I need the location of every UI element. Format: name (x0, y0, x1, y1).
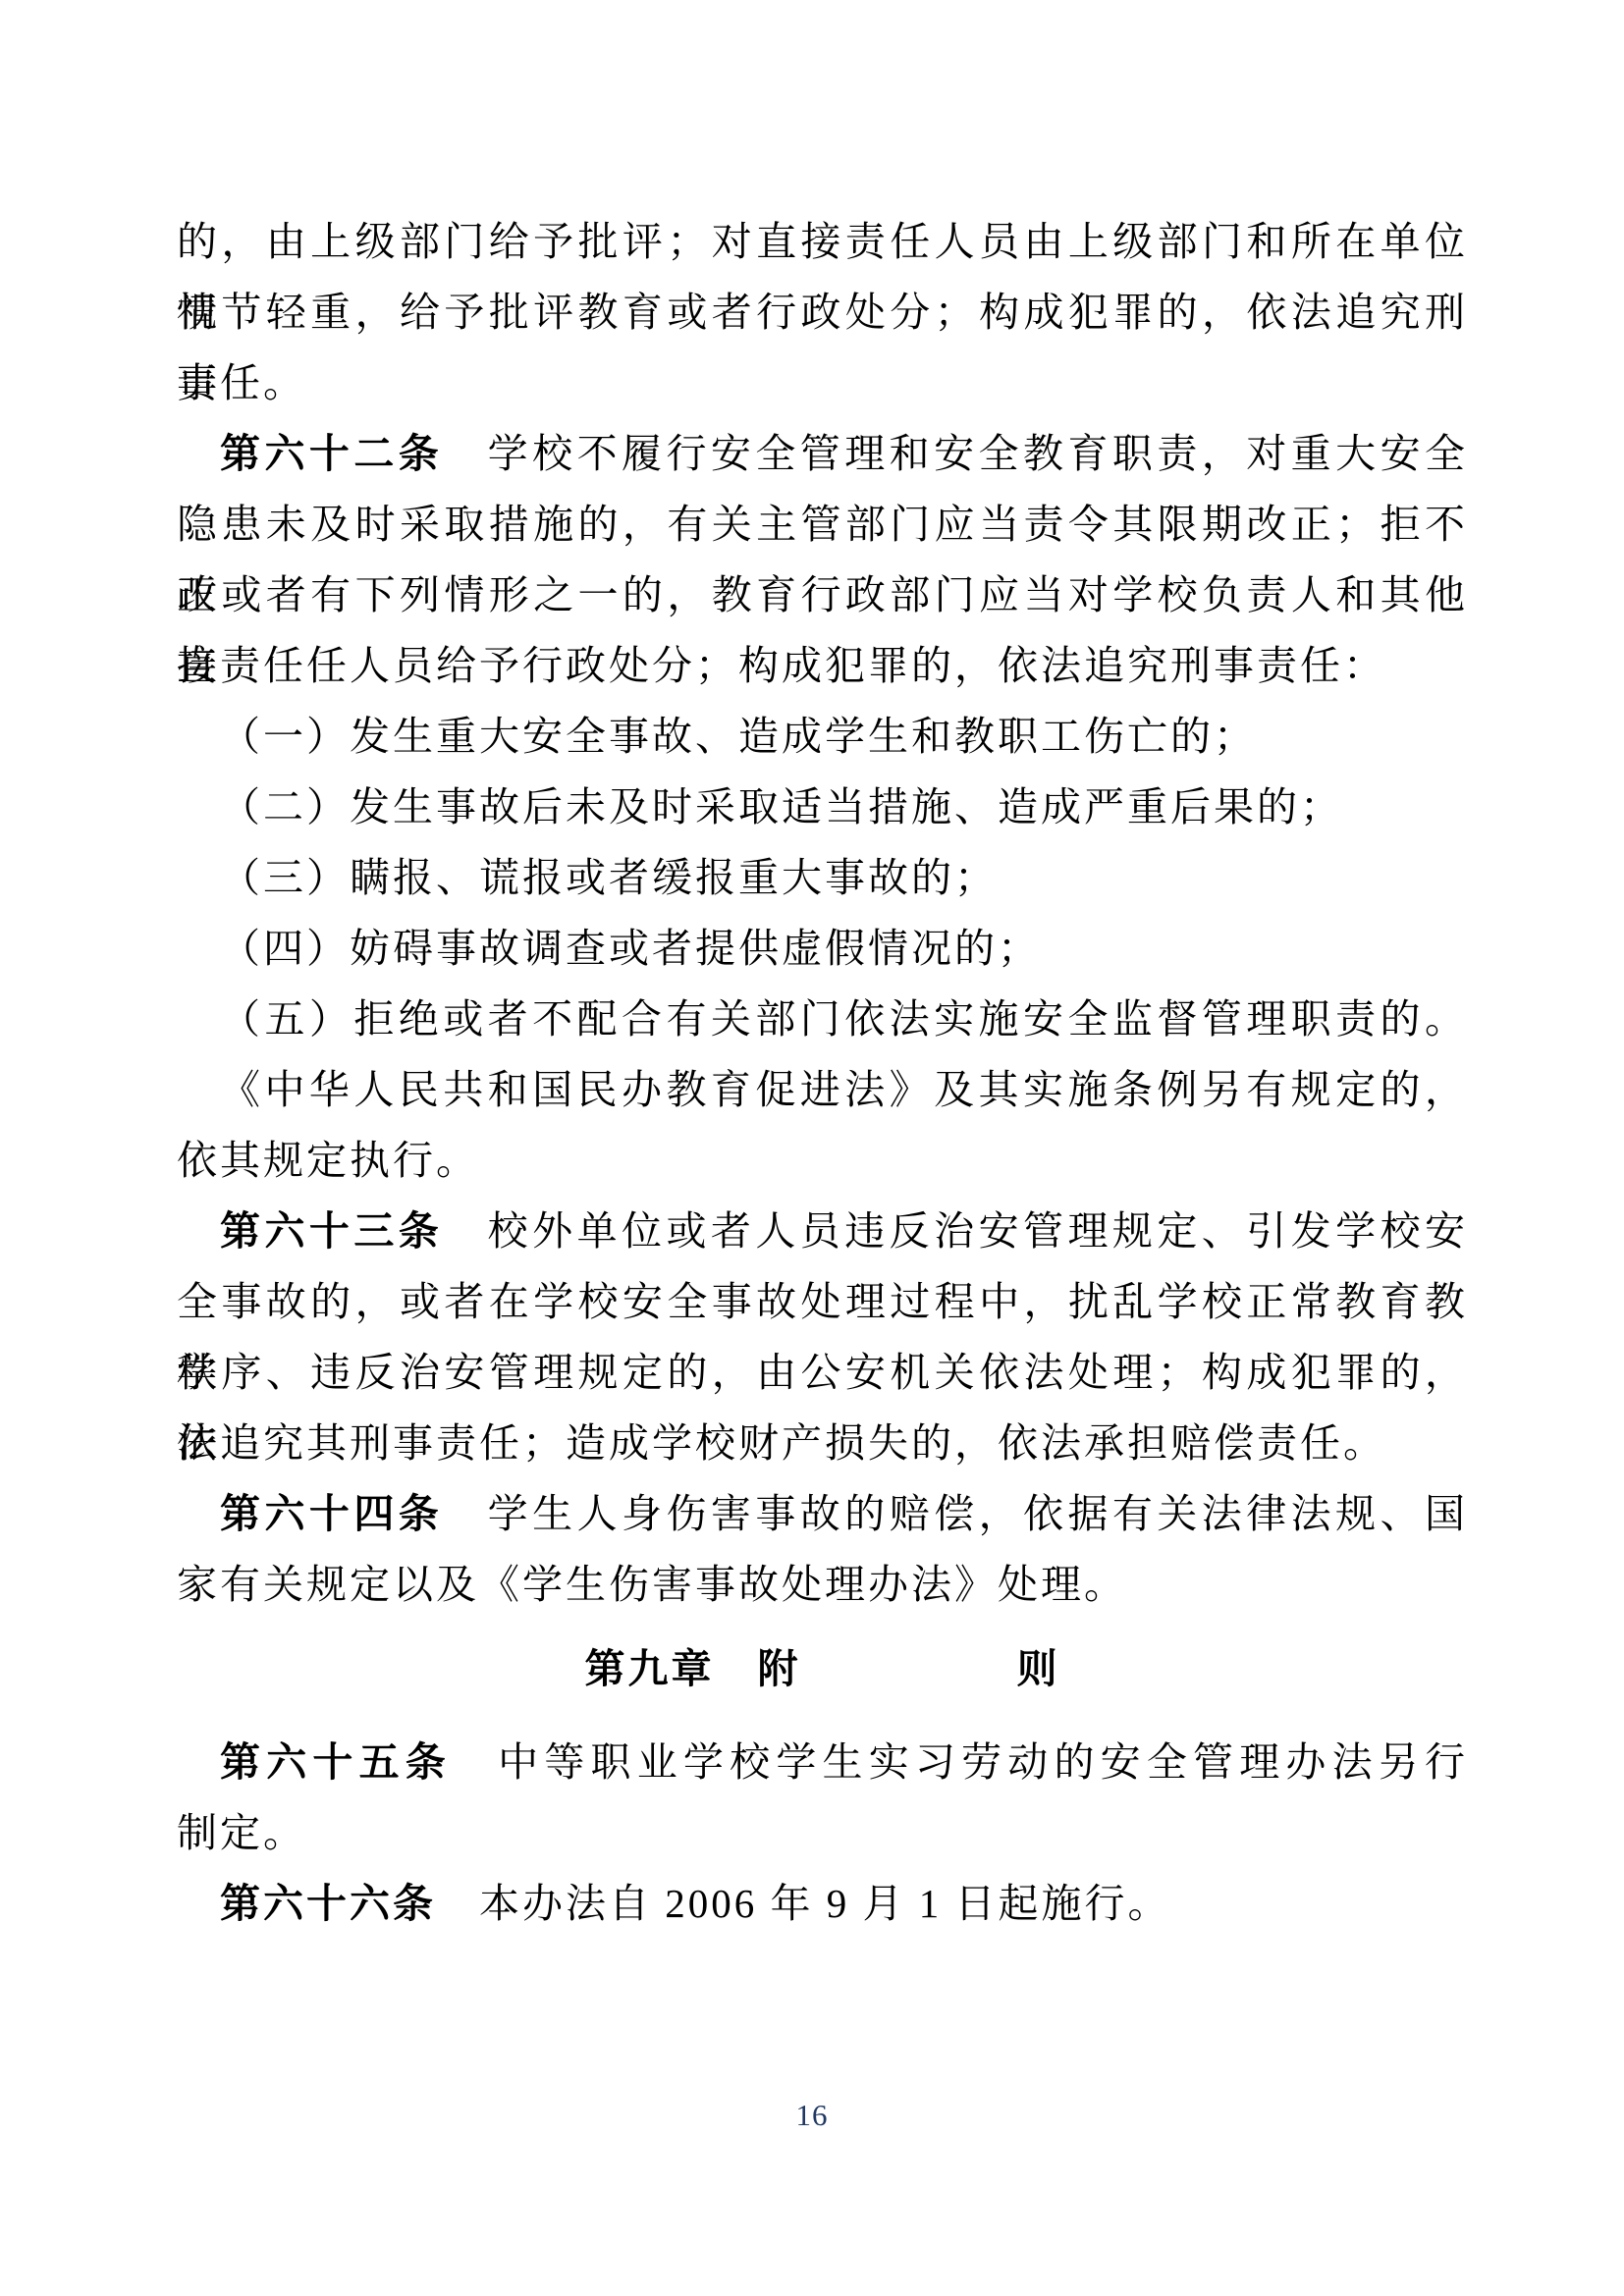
chapter-heading: 第九章 附 则 (177, 1633, 1468, 1704)
line-text: （一）发生重大安全事故、造成学生和教职工伤亡的； (220, 714, 1257, 759)
line-text: 家有关规定以及《学生伤害事故处理办法》处理。 (177, 1562, 1127, 1607)
line-text: 依其规定执行。 (177, 1138, 479, 1183)
list-item-line: （五）拒绝或者不配合有关部门依法实施安全监督管理职责的。 (177, 984, 1468, 1054)
text-line: 制定。 (177, 1797, 1468, 1868)
text-line: 正或者有下列情形之一的，教育行政部门应当对学校负责人和其他直 (177, 560, 1468, 630)
line-text: 中等职业学校学生实习劳动的安全管理办法另行 (452, 1739, 1468, 1785)
line-text: 学生人身伤害事故的赔偿，依据有关法律法规、国 (443, 1491, 1468, 1536)
text-line: 情节轻重，给予批评教育或者行政处分；构成犯罪的，依法追究刑事 (177, 277, 1468, 347)
article-number: 第六十六条 (220, 1881, 436, 1926)
text-line: 家有关规定以及《学生伤害事故处理办法》处理。 (177, 1549, 1468, 1620)
text-line: 依其规定执行。 (177, 1125, 1468, 1196)
line-text: 本办法自 2006 年 9 月 1 日起施行。 (436, 1881, 1171, 1926)
text-line: 第六十二条 学校不履行安全管理和安全教育职责，对重大安全 (177, 418, 1468, 489)
list-item-line: （二）发生事故后未及时采取适当措施、造成严重后果的； (177, 772, 1468, 842)
text-line: 第六十五条 中等职业学校学生实习劳动的安全管理办法另行 (177, 1727, 1468, 1797)
text-line: 第六十四条 学生人身伤害事故的赔偿，依据有关法律法规、国 (177, 1478, 1468, 1549)
list-item-line: （三）瞒报、谎报或者缓报重大事故的； (177, 842, 1468, 913)
text-line: 责任。 (177, 347, 1468, 418)
text-line: 秩序、违反治安管理规定的，由公安机关依法处理；构成犯罪的，依 (177, 1337, 1468, 1408)
page-number: 16 (0, 2094, 1624, 2137)
line-text: （二）发生事故后未及时采取适当措施、造成严重后果的； (220, 784, 1343, 829)
line-text: 校外单位或者人员违反治安管理规定、引发学校安 (443, 1208, 1468, 1254)
line-text: 制定。 (177, 1810, 306, 1855)
text-line: 第六十六条 本办法自 2006 年 9 月 1 日起施行。 (177, 1868, 1468, 1939)
list-item-line: （一）发生重大安全事故、造成学生和教职工伤亡的； (177, 701, 1468, 772)
line-text: （五）拒绝或者不配合有关部门依法实施安全监督管理职责的。 (220, 996, 1468, 1041)
list-item-line: （四）妨碍事故调查或者提供虚假情况的； (177, 913, 1468, 984)
text-line: 隐患未及时采取措施的，有关主管部门应当责令其限期改正；拒不改 (177, 489, 1468, 560)
text-line: 《中华人民共和国民办教育促进法》及其实施条例另有规定的， (177, 1054, 1468, 1125)
line-text: 《中华人民共和国民办教育促进法》及其实施条例另有规定的， (220, 1067, 1468, 1112)
text-block: 的，由上级部门给予批评；对直接责任人员由上级部门和所在单位视 情节轻重，给予批评… (177, 206, 1468, 1939)
article-number: 第六十二条 (220, 431, 443, 476)
article-number: 第六十四条 (220, 1491, 443, 1536)
text-line: 接责任任人员给予行政处分；构成犯罪的，依法追究刑事责任： (177, 630, 1468, 701)
line-text: 接责任任人员给予行政处分；构成犯罪的，依法追究刑事责任： (177, 643, 1386, 688)
line-text: 学校不履行安全管理和安全教育职责，对重大安全 (443, 431, 1468, 476)
line-text: 责任。 (177, 360, 306, 405)
article-number: 第六十五条 (220, 1739, 452, 1785)
text-line: 全事故的，或者在学校安全事故处理过程中，扰乱学校正常教育教学 (177, 1266, 1468, 1337)
article-number: 第六十三条 (220, 1208, 443, 1254)
line-text: （三）瞒报、谎报或者缓报重大事故的； (220, 855, 998, 900)
line-text: 法追究其刑事责任；造成学校财产损失的，依法承担赔偿责任。 (177, 1420, 1386, 1466)
line-text: （四）妨碍事故调查或者提供虚假情况的； (220, 926, 1041, 971)
document-page: 的，由上级部门给予批评；对直接责任人员由上级部门和所在单位视 情节轻重，给予批评… (0, 0, 1624, 2296)
text-line: 第六十三条 校外单位或者人员违反治安管理规定、引发学校安 (177, 1196, 1468, 1266)
text-line: 法追究其刑事责任；造成学校财产损失的，依法承担赔偿责任。 (177, 1408, 1468, 1478)
text-line: 的，由上级部门给予批评；对直接责任人员由上级部门和所在单位视 (177, 206, 1468, 277)
